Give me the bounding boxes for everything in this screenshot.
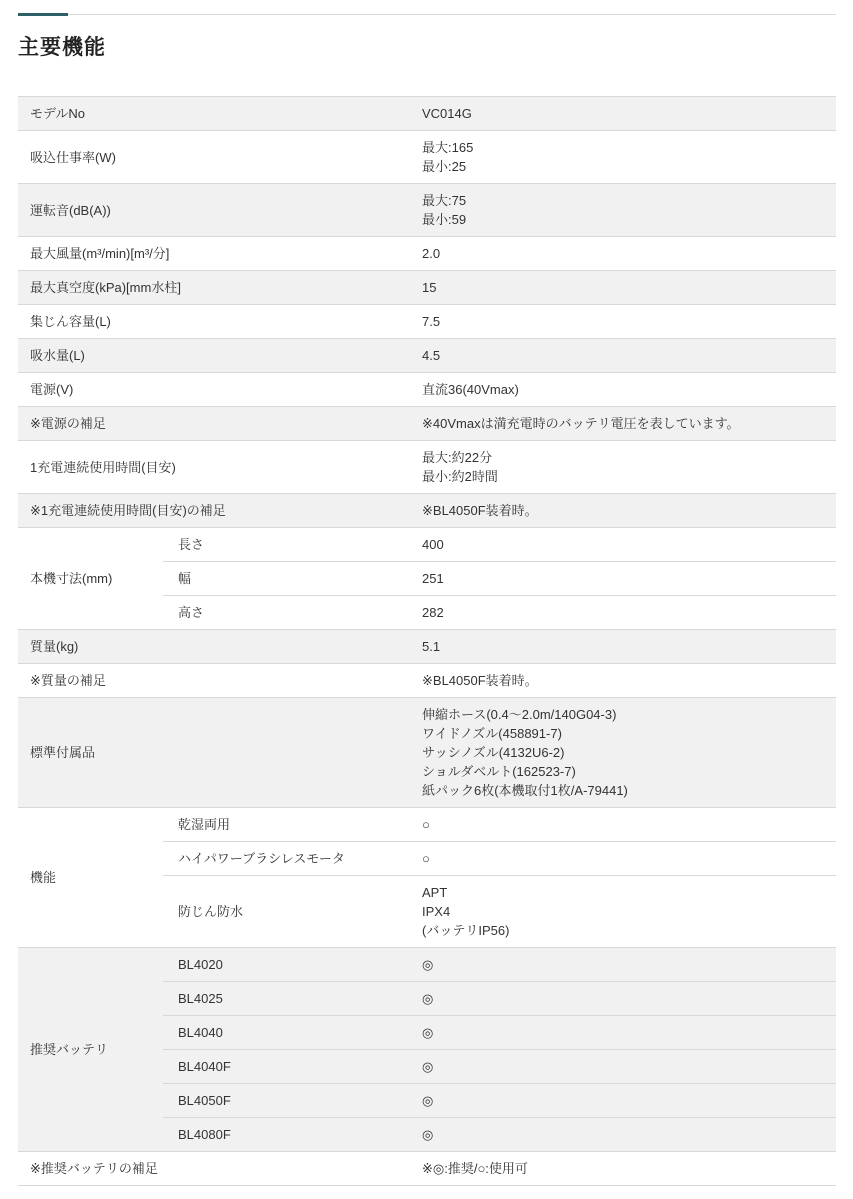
spec-subrow: 高さ282 xyxy=(163,595,836,629)
spec-value-line: 紙パック6枚(本機取付1枚/A-79441) xyxy=(422,781,828,800)
spec-label: 1充電連続使用時間(目安) xyxy=(18,441,420,493)
spec-value: ※BL4050F装着時。 xyxy=(420,664,836,697)
spec-label: ※1充電連続使用時間(目安)の補足 xyxy=(18,494,420,527)
spec-value: 最大:75最小:59 xyxy=(420,184,836,236)
spec-row: 1充電連続使用時間(目安)最大:約22分最小:約2時間 xyxy=(18,441,836,494)
spec-value-line: ワイドノズル(458891-7) xyxy=(422,724,828,743)
spec-row: 電源(V)直流36(40Vmax) xyxy=(18,373,836,407)
spec-subrow: 長さ400 xyxy=(163,528,836,561)
spec-subrow: BL4040◎ xyxy=(163,1015,836,1049)
spec-group-row: 推奨バッテリBL4020◎BL4025◎BL4040◎BL4040F◎BL405… xyxy=(18,948,836,1152)
spec-subrow: ハイパワーブラシレスモータ○ xyxy=(163,841,836,875)
spec-value: ◎ xyxy=(420,948,836,981)
spec-label: 最大風量(m³/min)[m³/分] xyxy=(18,237,420,270)
spec-value-line: ※BL4050F装着時。 xyxy=(422,671,828,690)
page-content: 主要機能 モデルNoVC014G吸込仕事率(W)最大:165最小:25運転音(d… xyxy=(18,14,836,1186)
spec-value: ※40Vmaxは満充電時のバッテリ電圧を表しています。 xyxy=(420,407,836,440)
spec-value: 最大:約22分最小:約2時間 xyxy=(420,441,836,493)
spec-value-line: 7.5 xyxy=(422,312,828,331)
spec-group-row: 本機寸法(mm)長さ400幅251高さ282 xyxy=(18,528,836,630)
spec-subrow: 幅251 xyxy=(163,561,836,595)
spec-value-line: ショルダベルト(162523-7) xyxy=(422,762,828,781)
rating-mark: ◎ xyxy=(422,1023,828,1042)
spec-subrows: 乾湿両用○ハイパワーブラシレスモータ○防じん防水APTIPX4(バッテリIP56… xyxy=(163,808,836,947)
spec-label: 電源(V) xyxy=(18,373,420,406)
spec-value-line: ※BL4050F装着時。 xyxy=(422,501,828,520)
spec-label: ※推奨バッテリの補足 xyxy=(18,1152,420,1185)
spec-value: 400 xyxy=(420,528,836,561)
spec-value-line: 最大:75 xyxy=(422,191,828,210)
rating-mark: ◎ xyxy=(422,1125,828,1144)
spec-value-line: 最大:165 xyxy=(422,138,828,157)
spec-row: ※推奨バッテリの補足※◎:推奨/○:使用可 xyxy=(18,1152,836,1186)
spec-subrows: BL4020◎BL4025◎BL4040◎BL4040F◎BL4050F◎BL4… xyxy=(163,948,836,1151)
accent-bar xyxy=(18,13,68,16)
spec-subrow: BL4020◎ xyxy=(163,948,836,981)
spec-subrow: BL4040F◎ xyxy=(163,1049,836,1083)
rating-mark: ○ xyxy=(422,849,828,868)
spec-value-line: 4.5 xyxy=(422,346,828,365)
spec-value: 4.5 xyxy=(420,339,836,372)
spec-sublabel: BL4025 xyxy=(163,982,420,1015)
spec-sublabel: 乾湿両用 xyxy=(163,808,420,841)
spec-value-line: APT xyxy=(422,883,828,902)
spec-value: 5.1 xyxy=(420,630,836,663)
spec-value: ※◎:推奨/○:使用可 xyxy=(420,1152,836,1185)
spec-value: ◎ xyxy=(420,1118,836,1151)
spec-row: 最大風量(m³/min)[m³/分]2.0 xyxy=(18,237,836,271)
spec-label: 質量(kg) xyxy=(18,630,420,663)
spec-value-line: サッシノズル(4132U6-2) xyxy=(422,743,828,762)
spec-row: ※1充電連続使用時間(目安)の補足※BL4050F装着時。 xyxy=(18,494,836,528)
spec-value: APTIPX4(バッテリIP56) xyxy=(420,876,836,947)
spec-row: 集じん容量(L)7.5 xyxy=(18,305,836,339)
spec-row: モデルNoVC014G xyxy=(18,97,836,131)
spec-value: 2.0 xyxy=(420,237,836,270)
spec-value: ◎ xyxy=(420,1050,836,1083)
spec-value-line: 最大:約22分 xyxy=(422,448,828,467)
spec-value-line: 5.1 xyxy=(422,637,828,656)
spec-sublabel: BL4040 xyxy=(163,1016,420,1049)
spec-row: ※質量の補足※BL4050F装着時。 xyxy=(18,664,836,698)
spec-label: 最大真空度(kPa)[mm水柱] xyxy=(18,271,420,304)
section-divider xyxy=(18,14,836,15)
spec-sublabel: BL4040F xyxy=(163,1050,420,1083)
spec-label: 吸水量(L) xyxy=(18,339,420,372)
spec-value: 伸縮ホース(0.4〜2.0m/140G04-3)ワイドノズル(458891-7)… xyxy=(420,698,836,807)
spec-subrow: 乾湿両用○ xyxy=(163,808,836,841)
spec-value-line: 最小:25 xyxy=(422,157,828,176)
spec-sublabel: BL4050F xyxy=(163,1084,420,1117)
spec-value: ◎ xyxy=(420,1084,836,1117)
rating-mark: ○ xyxy=(422,815,828,834)
spec-value-line: 15 xyxy=(422,278,828,297)
spec-row: 運転音(dB(A))最大:75最小:59 xyxy=(18,184,836,237)
spec-row: 吸水量(L)4.5 xyxy=(18,339,836,373)
spec-label: モデルNo xyxy=(18,97,420,130)
spec-label: 吸込仕事率(W) xyxy=(18,131,420,183)
spec-subrow: 防じん防水APTIPX4(バッテリIP56) xyxy=(163,875,836,947)
rating-mark: ◎ xyxy=(422,955,828,974)
spec-value: ◎ xyxy=(420,982,836,1015)
spec-row: 吸込仕事率(W)最大:165最小:25 xyxy=(18,131,836,184)
spec-group-row: 機能乾湿両用○ハイパワーブラシレスモータ○防じん防水APTIPX4(バッテリIP… xyxy=(18,808,836,948)
spec-value: 7.5 xyxy=(420,305,836,338)
spec-value: 最大:165最小:25 xyxy=(420,131,836,183)
spec-label: 標準付属品 xyxy=(18,698,420,807)
spec-sublabel: 高さ xyxy=(163,596,420,629)
spec-label: 運転音(dB(A)) xyxy=(18,184,420,236)
spec-subrow: BL4050F◎ xyxy=(163,1083,836,1117)
spec-value-line: 伸縮ホース(0.4〜2.0m/140G04-3) xyxy=(422,705,828,724)
spec-value-line: 2.0 xyxy=(422,244,828,263)
spec-row: 質量(kg)5.1 xyxy=(18,630,836,664)
spec-row: ※電源の補足※40Vmaxは満充電時のバッテリ電圧を表しています。 xyxy=(18,407,836,441)
spec-row: 最大真空度(kPa)[mm水柱]15 xyxy=(18,271,836,305)
spec-value: ○ xyxy=(420,808,836,841)
spec-value-line: 251 xyxy=(422,569,828,588)
spec-table: モデルNoVC014G吸込仕事率(W)最大:165最小:25運転音(dB(A))… xyxy=(18,96,836,1186)
spec-value: 15 xyxy=(420,271,836,304)
spec-label: 推奨バッテリ xyxy=(18,948,163,1151)
spec-value-line: IPX4 xyxy=(422,902,828,921)
spec-subrow: BL4025◎ xyxy=(163,981,836,1015)
spec-value: ○ xyxy=(420,842,836,875)
spec-sublabel: 防じん防水 xyxy=(163,876,420,947)
spec-value: ※BL4050F装着時。 xyxy=(420,494,836,527)
spec-value-line: ※40Vmaxは満充電時のバッテリ電圧を表しています。 xyxy=(422,414,828,433)
spec-value: VC014G xyxy=(420,97,836,130)
spec-value: 251 xyxy=(420,562,836,595)
rating-mark: ◎ xyxy=(422,989,828,1008)
spec-subrow: BL4080F◎ xyxy=(163,1117,836,1151)
spec-label: 機能 xyxy=(18,808,163,947)
spec-sublabel: BL4080F xyxy=(163,1118,420,1151)
spec-value-line: 直流36(40Vmax) xyxy=(422,380,828,399)
spec-value-line: VC014G xyxy=(422,104,828,123)
spec-row: 標準付属品伸縮ホース(0.4〜2.0m/140G04-3)ワイドノズル(4588… xyxy=(18,698,836,808)
spec-value-line: 最小:約2時間 xyxy=(422,467,828,486)
spec-subrows: 長さ400幅251高さ282 xyxy=(163,528,836,629)
spec-value: 282 xyxy=(420,596,836,629)
rating-mark: ◎ xyxy=(422,1057,828,1076)
spec-sublabel: 長さ xyxy=(163,528,420,561)
spec-sublabel: 幅 xyxy=(163,562,420,595)
page-title: 主要機能 xyxy=(18,36,836,60)
spec-label: 集じん容量(L) xyxy=(18,305,420,338)
spec-value-line: (バッテリIP56) xyxy=(422,921,828,940)
spec-value-line: 最小:59 xyxy=(422,210,828,229)
rating-mark: ◎ xyxy=(422,1091,828,1110)
spec-sublabel: ハイパワーブラシレスモータ xyxy=(163,842,420,875)
spec-sublabel: BL4020 xyxy=(163,948,420,981)
spec-value-line: 282 xyxy=(422,603,828,622)
spec-label: ※質量の補足 xyxy=(18,664,420,697)
spec-label: ※電源の補足 xyxy=(18,407,420,440)
spec-value-line: ※◎:推奨/○:使用可 xyxy=(422,1159,828,1178)
spec-value: ◎ xyxy=(420,1016,836,1049)
spec-label: 本機寸法(mm) xyxy=(18,528,163,629)
spec-value: 直流36(40Vmax) xyxy=(420,373,836,406)
spec-value-line: 400 xyxy=(422,535,828,554)
